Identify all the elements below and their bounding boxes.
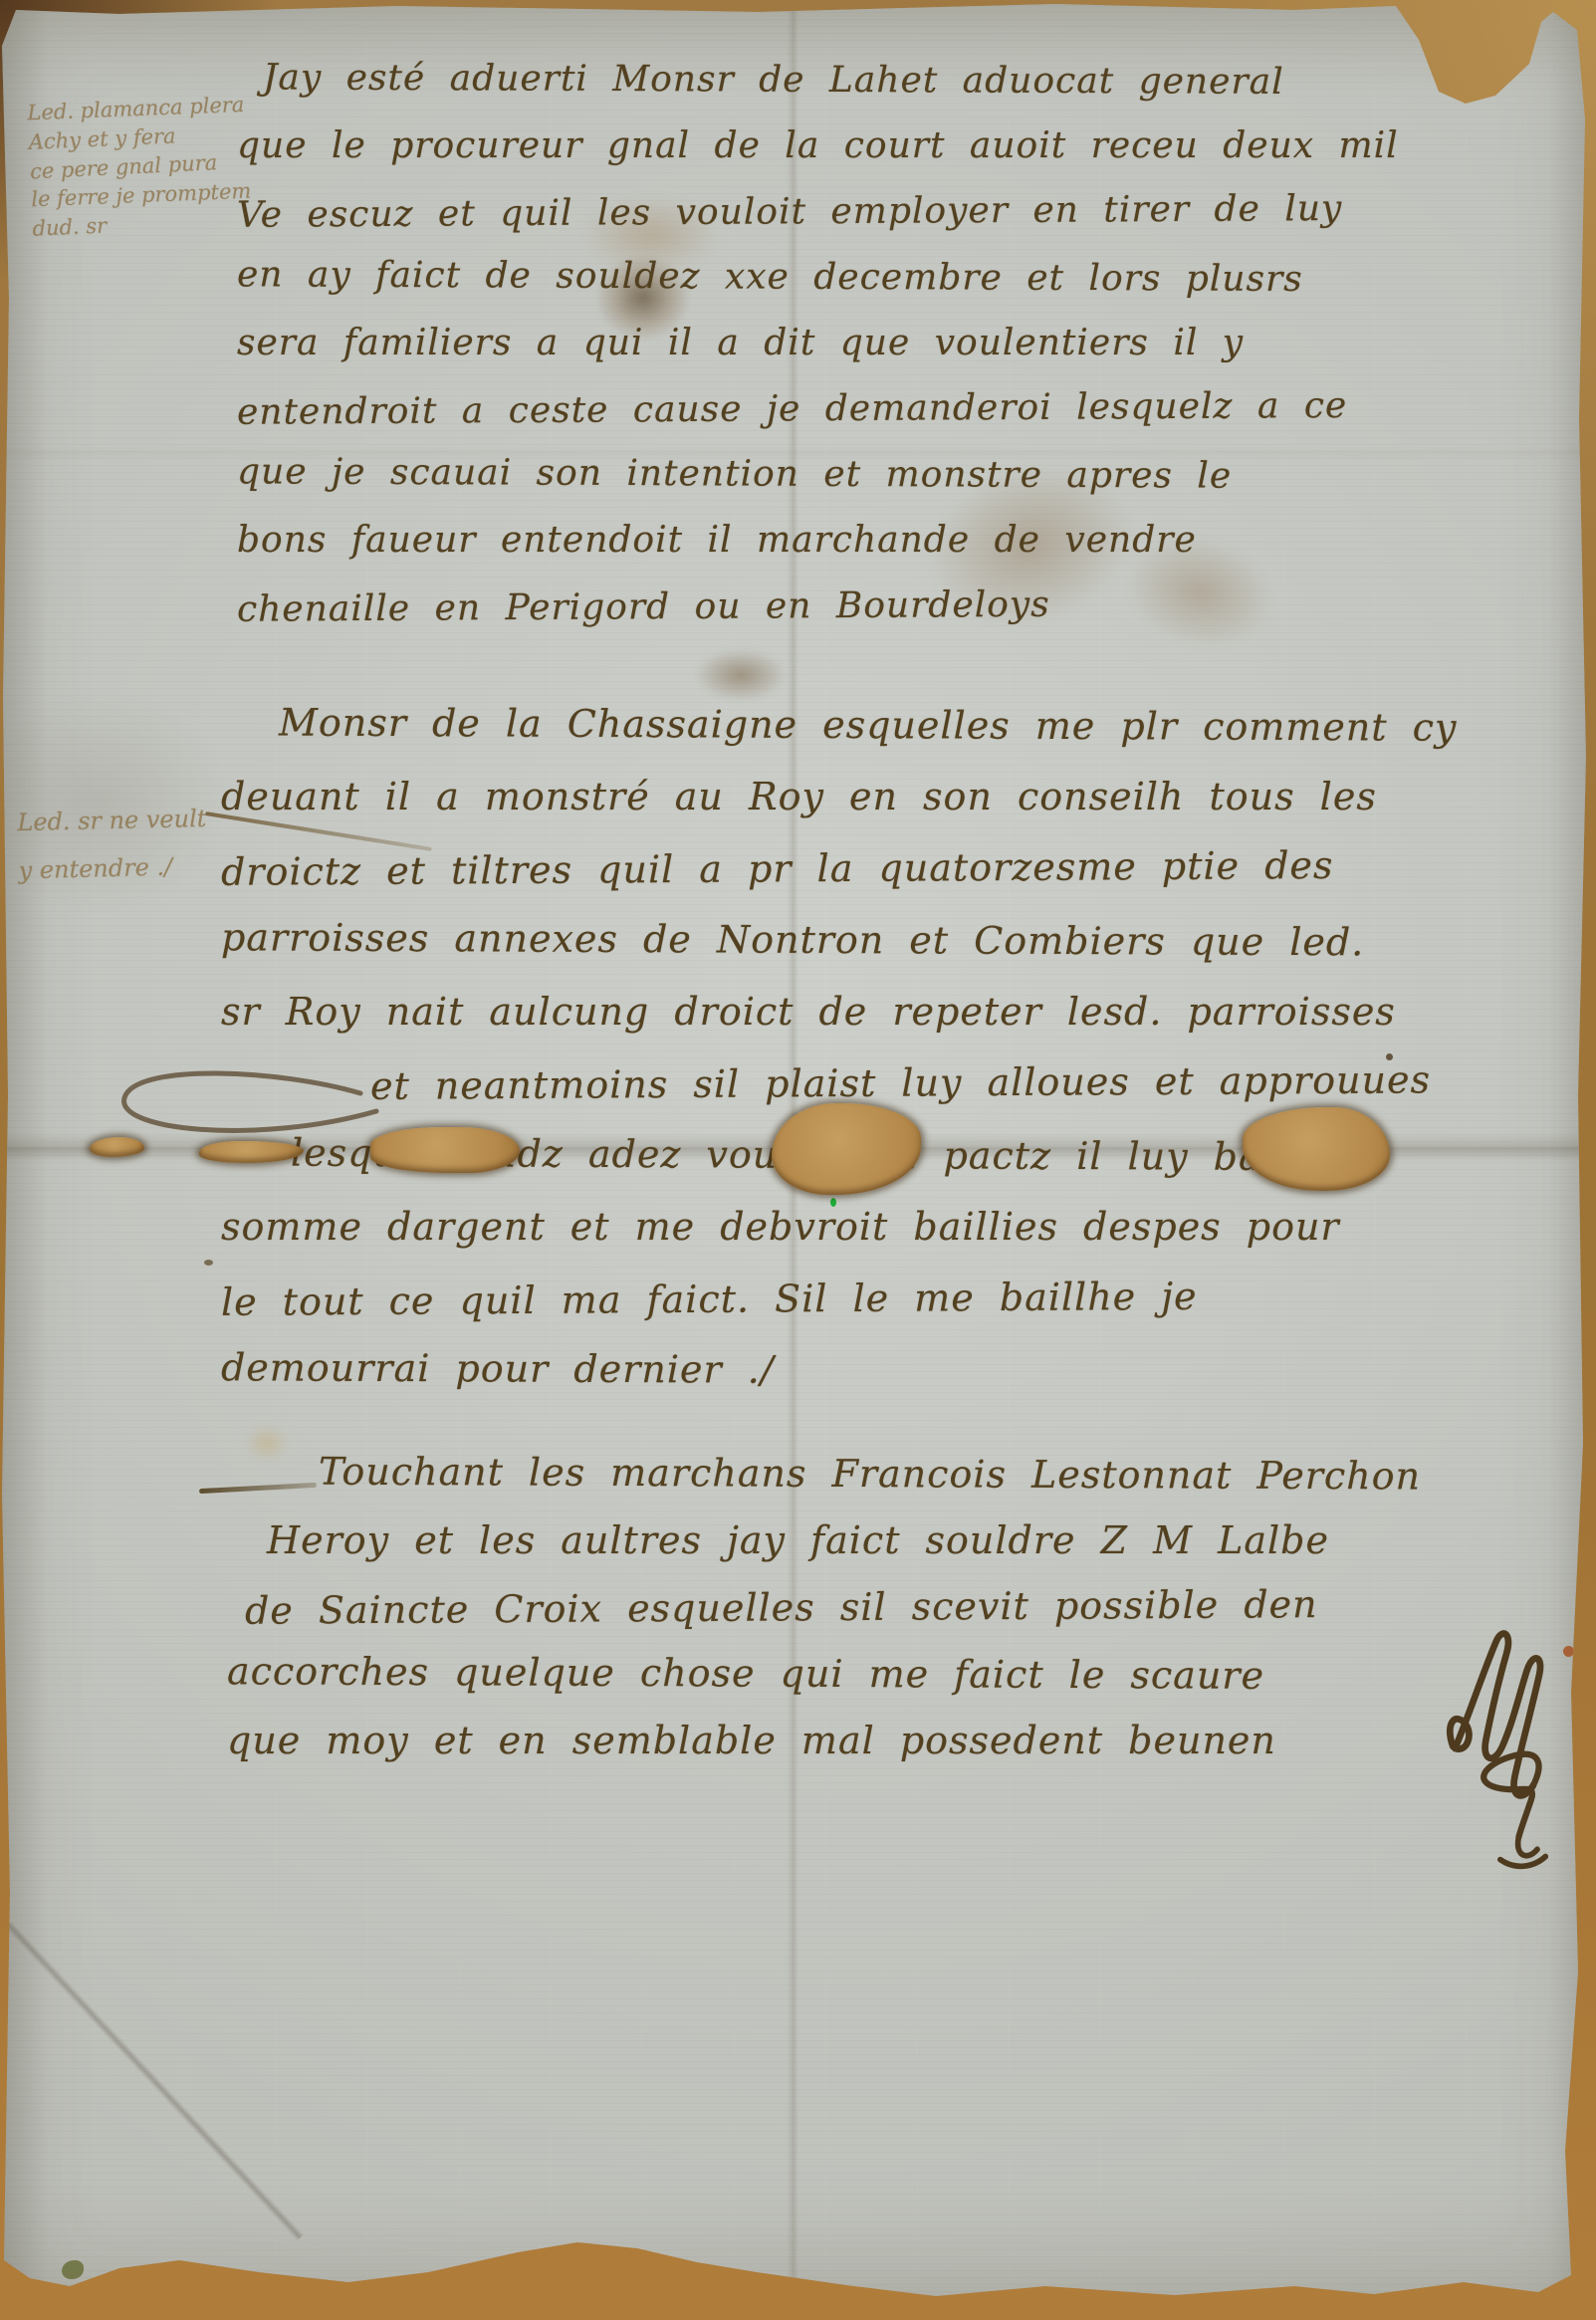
margin-note-2: Led. sr ne veult y entendre ./ [17, 795, 208, 895]
text-line: que moy et en semblable mal possedent be… [227, 1708, 1482, 1774]
paper-hole [370, 1127, 520, 1173]
green-speck [830, 1198, 836, 1207]
text-line: somme dargent et me debvroit baillies de… [221, 1191, 1466, 1263]
text-line: Ve escuz et quil les vouloit employer en… [237, 175, 1462, 249]
paragraph-1: Jay esté aduerti Monsr de Lahet aduocat … [237, 48, 1462, 639]
text-line: sera familiers a qui il a dit que voulen… [237, 311, 1462, 376]
text-line: entendroit a ceste cause je demanderoi l… [237, 372, 1462, 446]
text-line: bons faueur entendoit il marchande de ve… [237, 508, 1462, 574]
paragraph-3: Touchant les marchans Francois Lestonnat… [227, 1441, 1482, 1774]
text-line: que je scauai son intention et monstre a… [237, 439, 1462, 510]
ink-dot [204, 1260, 213, 1266]
text-line: chenaille en Perigord ou en Bourdeloys [237, 570, 1462, 643]
text-line: demourrai pour dernier ./ [221, 1331, 1466, 1408]
paper-sheet: Led. plamanca plera Achy et y fera ce pe… [0, 0, 1596, 2320]
olive-speck [62, 2260, 84, 2279]
ink-dot [1386, 1053, 1393, 1060]
text-line: en ay faict de souldez xxe decembre et l… [237, 242, 1462, 313]
manuscript-photo: Led. plamanca plera Achy et y fera ce pe… [0, 0, 1596, 2320]
text-line: accorches quelque chose qui me faict le … [227, 1638, 1482, 1710]
margin-note-1: Led. plamanca plera Achy et y fera ce pe… [27, 90, 253, 244]
text-line: droictz et tiltres quil a pr la quatorze… [221, 828, 1466, 908]
text-line: deuant il a monstré au Roy en son consei… [221, 761, 1466, 832]
diagonal-corner-crease [5, 1921, 305, 2240]
text-line: de Saincte Croix esquelles sil scevit po… [227, 1570, 1482, 1645]
text-line: Monsr de la Chassaigne esquelles me plr … [221, 686, 1466, 763]
margin-note-line: Led. sr ne veult [17, 795, 207, 846]
text-line: le tout ce quil ma faict. Sil le me bail… [221, 1259, 1466, 1338]
pen-swash-flourish [90, 1053, 388, 1145]
margin-note-line: y entendre ./ [18, 842, 208, 895]
rust-speck [1563, 1646, 1574, 1657]
text-line: Touchant les marchans Francois Lestonnat… [227, 1438, 1482, 1509]
text-line: sr Roy nait aulcung droict de repeter le… [221, 976, 1466, 1047]
paraph-monogram-flourish [1436, 1625, 1575, 1872]
text-line: Heroy et les aultres jay faict souldre Z… [227, 1508, 1482, 1574]
text-line: Jay esté aduerti Monsr de Lahet aduocat … [237, 45, 1462, 116]
text-line: que le procureur gnal de la court auoit … [237, 114, 1462, 179]
text-line: parroisses annexes de Nontron et Combier… [221, 901, 1466, 978]
paragraph-2: Monsr de la Chassaigne esquelles me plr … [221, 689, 1466, 1406]
